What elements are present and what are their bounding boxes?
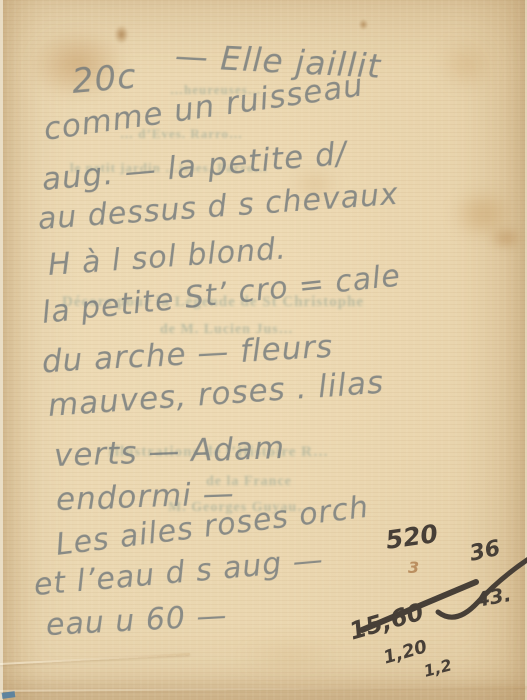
photographed-note: …heureuses… … d’Eves. Rarro… le petit ja… bbox=[0, 0, 527, 700]
paper-left-edge bbox=[0, 0, 3, 700]
calc-small-3: 3 bbox=[408, 558, 419, 577]
handwriting-line: 20c bbox=[70, 56, 138, 102]
